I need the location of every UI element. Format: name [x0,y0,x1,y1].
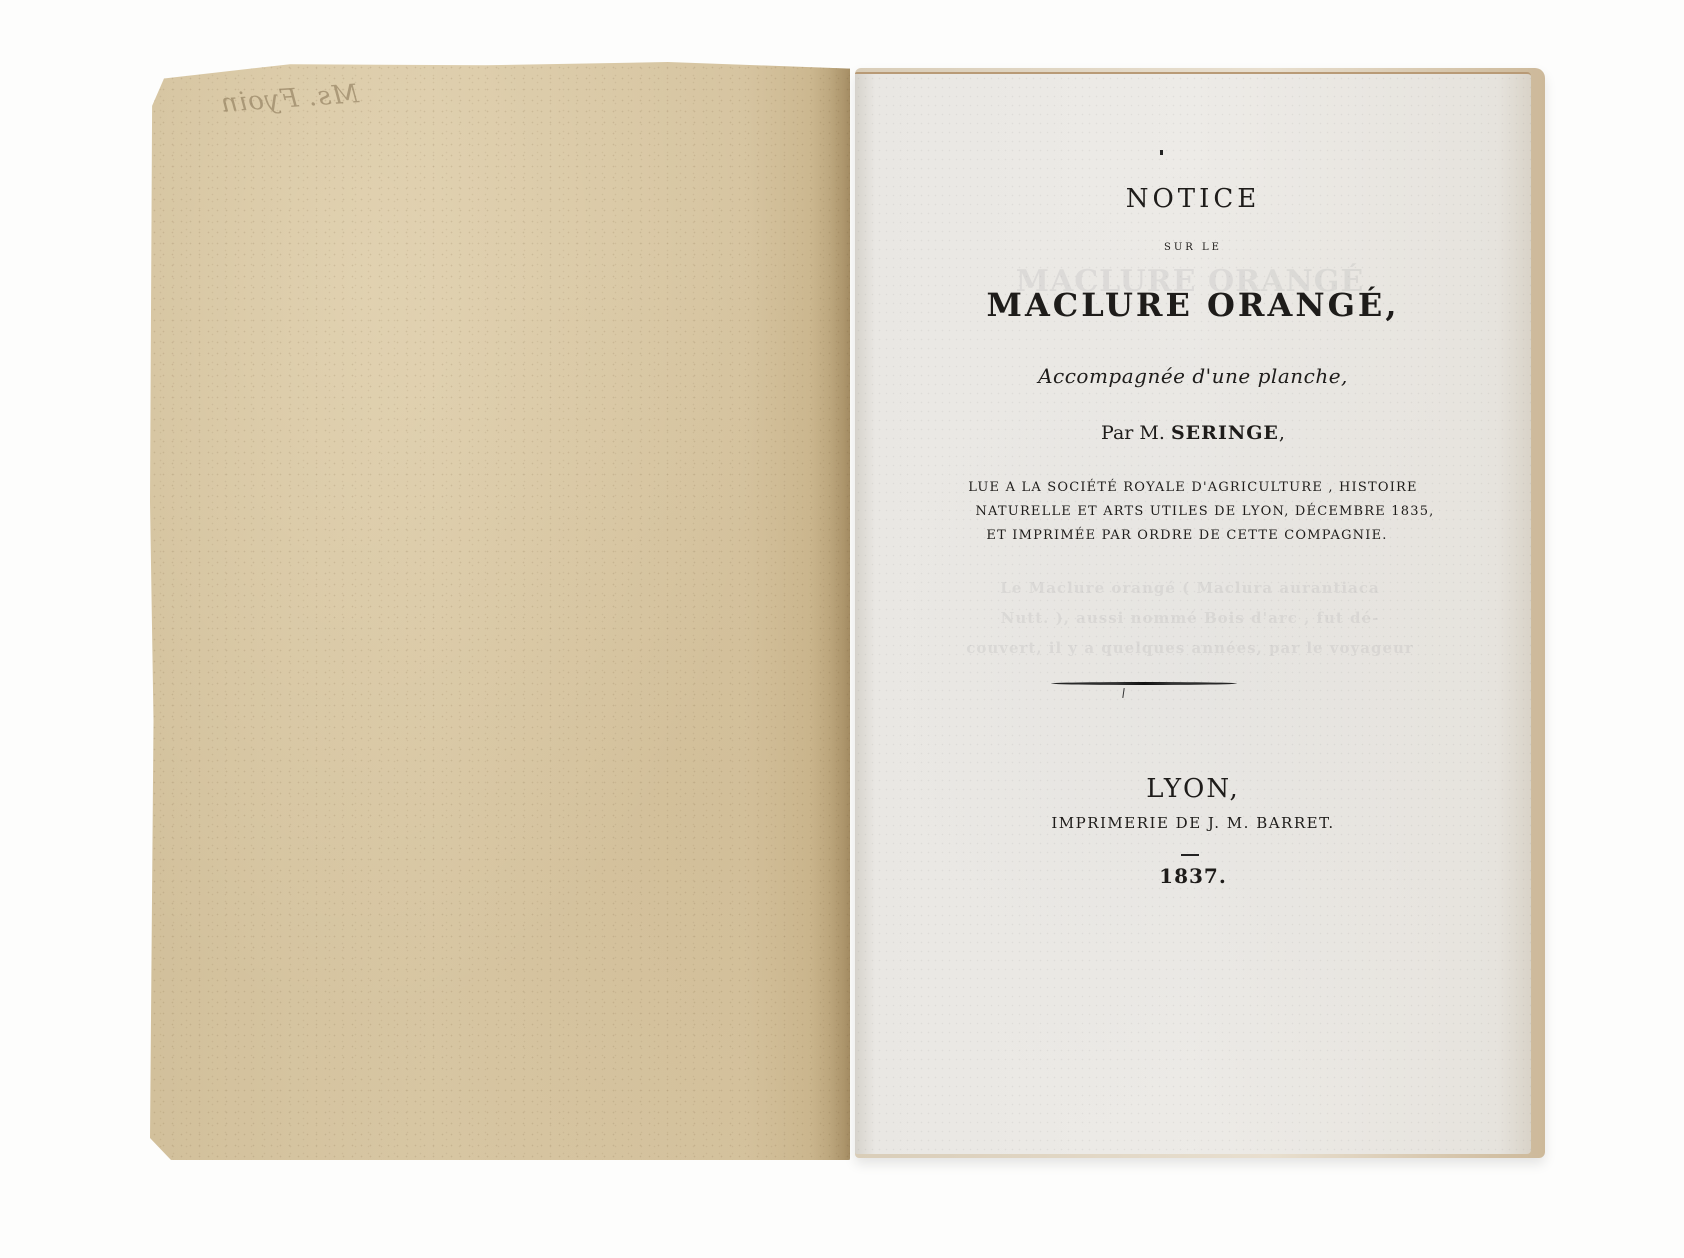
imprint-printer: IMPRIMERIE DE J. M. BARRET. [855,814,1531,832]
main-title: MACLURE ORANGÉ, [855,286,1531,324]
reading-line: LUE A LA SOCIÉTÉ ROYALE D'AGRICULTURE , … [855,476,1531,500]
author-name: SERINGE [1171,422,1279,444]
bleed-through-text: Nutt. ), aussi nommé Bois d'arc , fut dé… [955,609,1425,627]
author-line: Par M. SERINGE, [855,422,1531,444]
spine-shadow [810,62,850,1160]
title-sur-le: SUR LE [855,242,1531,253]
reading-line: ET IMPRIMÉE PAR ORDRE DE CETTE COMPAGNIE… [849,524,1525,548]
author-suffix: , [1279,422,1285,444]
decorative-rule [1051,682,1237,685]
author-prefix: Par M. [1101,422,1165,444]
title-page: MACLURE ORANGÉ Le Maclure orangé ( Maclu… [855,72,1531,1154]
bleed-through-text: couvert, il y a quelques années, par le … [955,639,1425,657]
imprint-city: LYON, [855,774,1531,804]
photo-scene: Ms. Fyoin MACLURE ORANGÉ Le Maclure oran… [0,0,1684,1258]
bleed-through-text: Le Maclure orangé ( Maclura aurantiaca [955,579,1425,597]
left-wrapper-page: Ms. Fyoin [150,62,850,1160]
imprint-dash [1181,854,1199,856]
title-notice: NOTICE [855,184,1531,214]
printer-mark [1160,150,1163,155]
paper-speckle [150,62,850,1160]
imprint-year: 1837. [855,864,1531,888]
reading-line: NATURELLE ET ARTS UTILES DE LYON, DÉCEMB… [867,500,1543,524]
subtitle: Accompagnée d'une planche, [855,364,1531,388]
